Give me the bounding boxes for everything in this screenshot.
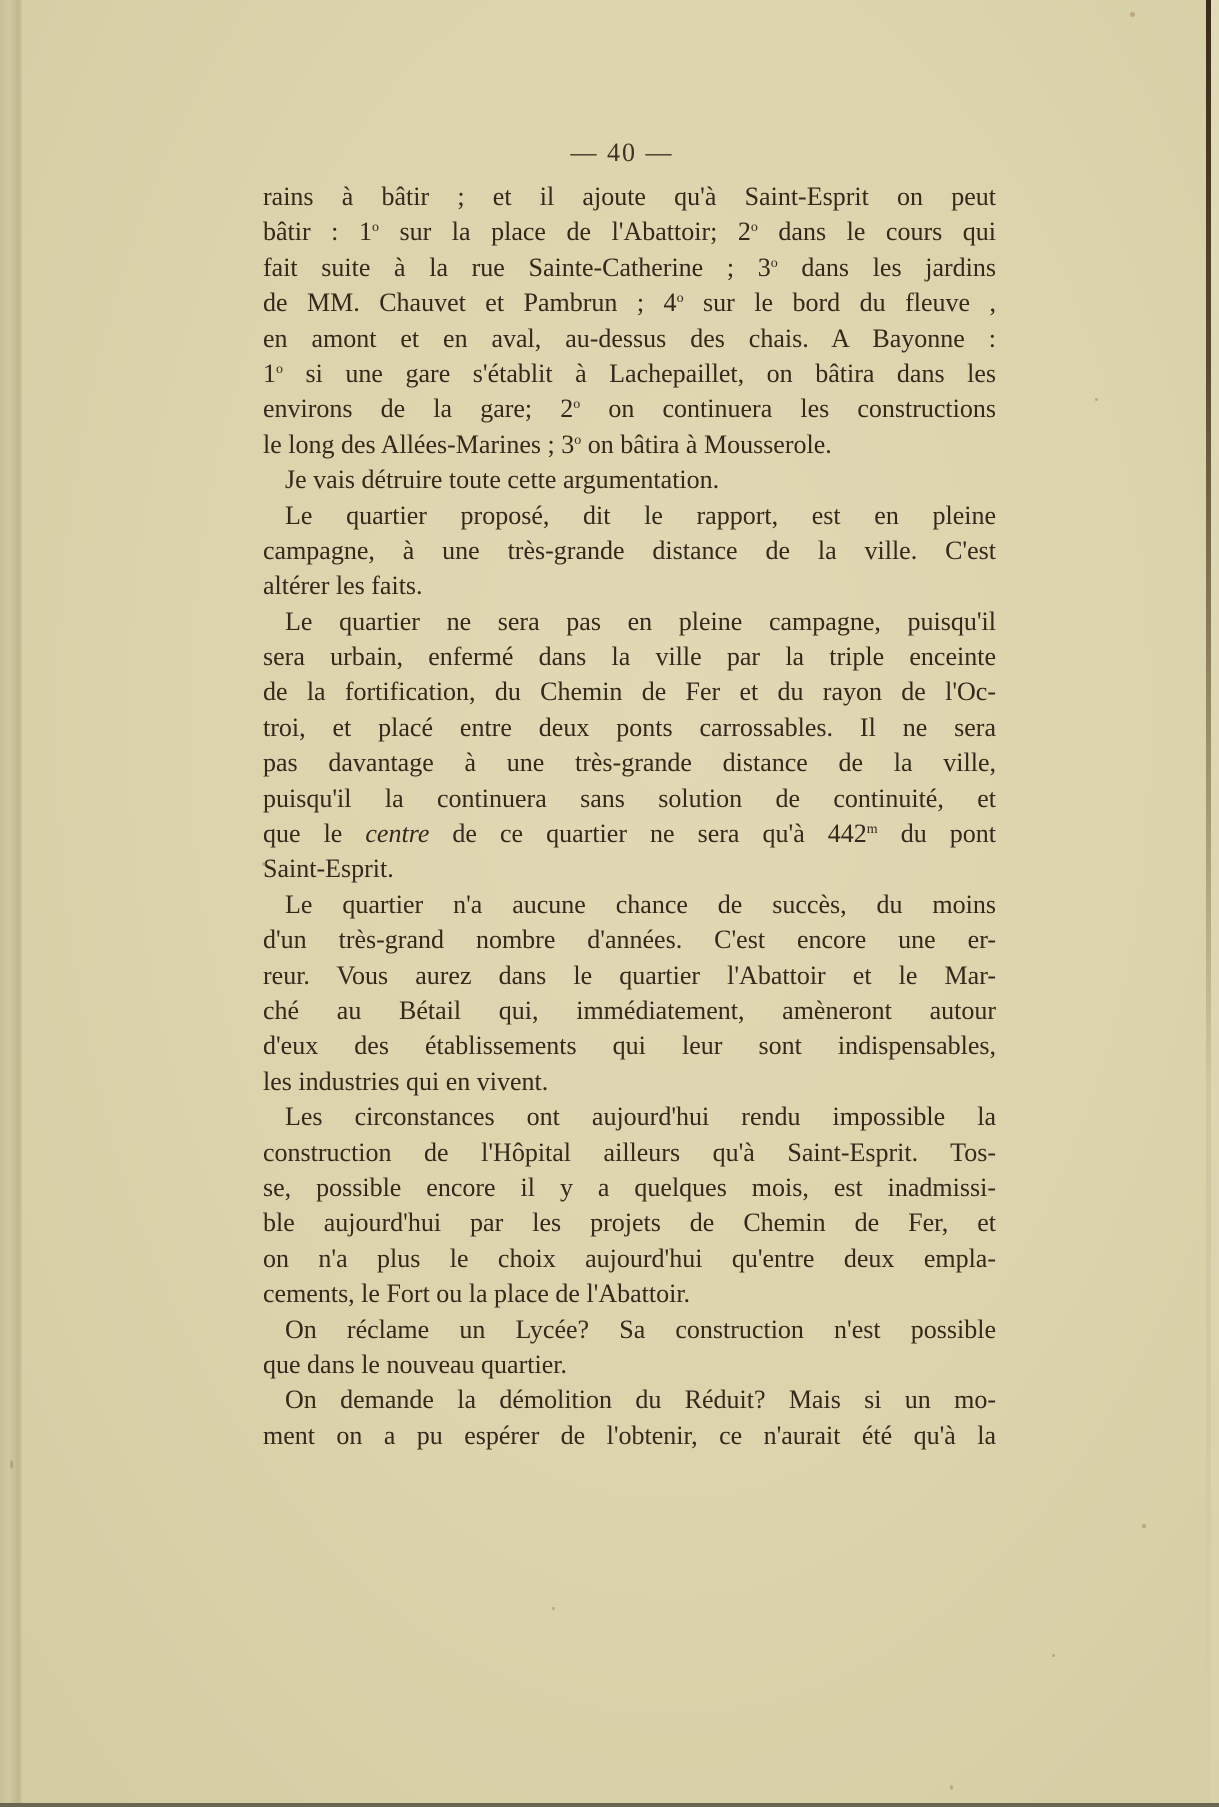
text-line: d'eux des établissements qui leur sont i…	[263, 1028, 996, 1063]
text-line: Le quartier n'a aucune chance de succès,…	[263, 887, 996, 922]
text-line: environs de la gare; 2o on continuera le…	[263, 391, 996, 426]
text-line: en amont et en aval, au-dessus des chais…	[263, 321, 996, 356]
text-line: ché au Bétail qui, immédiatement, amèner…	[263, 993, 996, 1028]
scanned-page: — 40 — rains à bâtir ; et il ajoute qu'à…	[0, 0, 1219, 1807]
paper-speck	[552, 1607, 555, 1610]
body-text: rains à bâtir ; et il ajoute qu'à Saint-…	[263, 179, 996, 1453]
text-line: rains à bâtir ; et il ajoute qu'à Saint-…	[263, 179, 996, 214]
paper-speck	[10, 1460, 13, 1469]
paper-speck	[1095, 398, 1098, 401]
text-line: de MM. Chauvet et Pambrun ; 4o sur le bo…	[263, 285, 996, 320]
text-line: le long des Allées-Marines ; 3o on bâtir…	[263, 427, 996, 462]
paper-speck	[950, 1785, 953, 1790]
text-line: d'un très-grand nombre d'années. C'est e…	[263, 922, 996, 957]
text-line: Les circonstances ont aujourd'hui rendu …	[263, 1099, 996, 1134]
text-line: Saint-Esprit.	[263, 851, 996, 886]
paper-speck	[1052, 1654, 1055, 1657]
text-line: campagne, à une très-grande distance de …	[263, 533, 996, 568]
text-line: On réclame un Lycée? Sa construction n'e…	[263, 1312, 996, 1347]
text-line: 1o si une gare s'établit à Lachepaillet,…	[263, 356, 996, 391]
page-binding-edge	[0, 0, 22, 1807]
text-line: fait suite à la rue Sainte-Catherine ; 3…	[263, 250, 996, 285]
text-line: que le centre de ce quartier ne sera qu'…	[263, 816, 996, 851]
page-number: — 40 —	[522, 138, 722, 168]
text-line: cements, le Fort ou la place de l'Abatto…	[263, 1276, 996, 1311]
text-line: puisqu'il la continuera sans solution de…	[263, 781, 996, 816]
page-bottom-edge	[0, 1803, 1219, 1807]
paper-speck	[1142, 1524, 1146, 1528]
text-line: pas davantage à une très-grande distance…	[263, 745, 996, 780]
text-line: on n'a plus le choix aujourd'hui qu'entr…	[263, 1241, 996, 1276]
text-line: ble aujourd'hui par les projets de Chemi…	[263, 1205, 996, 1240]
paper-speck	[1130, 12, 1135, 17]
text-line: bâtir : 1o sur la place de l'Abattoir; 2…	[263, 214, 996, 249]
text-line: que dans le nouveau quartier.	[263, 1347, 996, 1382]
text-line: troi, et placé entre deux ponts carrossa…	[263, 710, 996, 745]
text-line: construction de l'Hôpital ailleurs qu'à …	[263, 1135, 996, 1170]
paper-speck	[262, 862, 266, 866]
text-line: de la fortification, du Chemin de Fer et…	[263, 674, 996, 709]
text-line: On demande la démolition du Réduit? Mais…	[263, 1382, 996, 1417]
text-line: Le quartier ne sera pas en pleine campag…	[263, 604, 996, 639]
text-line: Le quartier proposé, dit le rapport, est…	[263, 498, 996, 533]
text-line: Je vais détruire toute cette argumentati…	[263, 462, 996, 497]
text-line: les industries qui en vivent.	[263, 1064, 996, 1099]
text-line: ment on a pu espérer de l'obtenir, ce n'…	[263, 1418, 996, 1453]
text-line: se, possible encore il y a quelques mois…	[263, 1170, 996, 1205]
page-right-edge-shadow	[1206, 0, 1219, 1807]
text-line: sera urbain, enfermé dans la ville par l…	[263, 639, 996, 674]
text-line: altérer les faits.	[263, 568, 996, 603]
text-line: reur. Vous aurez dans le quartier l'Abat…	[263, 958, 996, 993]
